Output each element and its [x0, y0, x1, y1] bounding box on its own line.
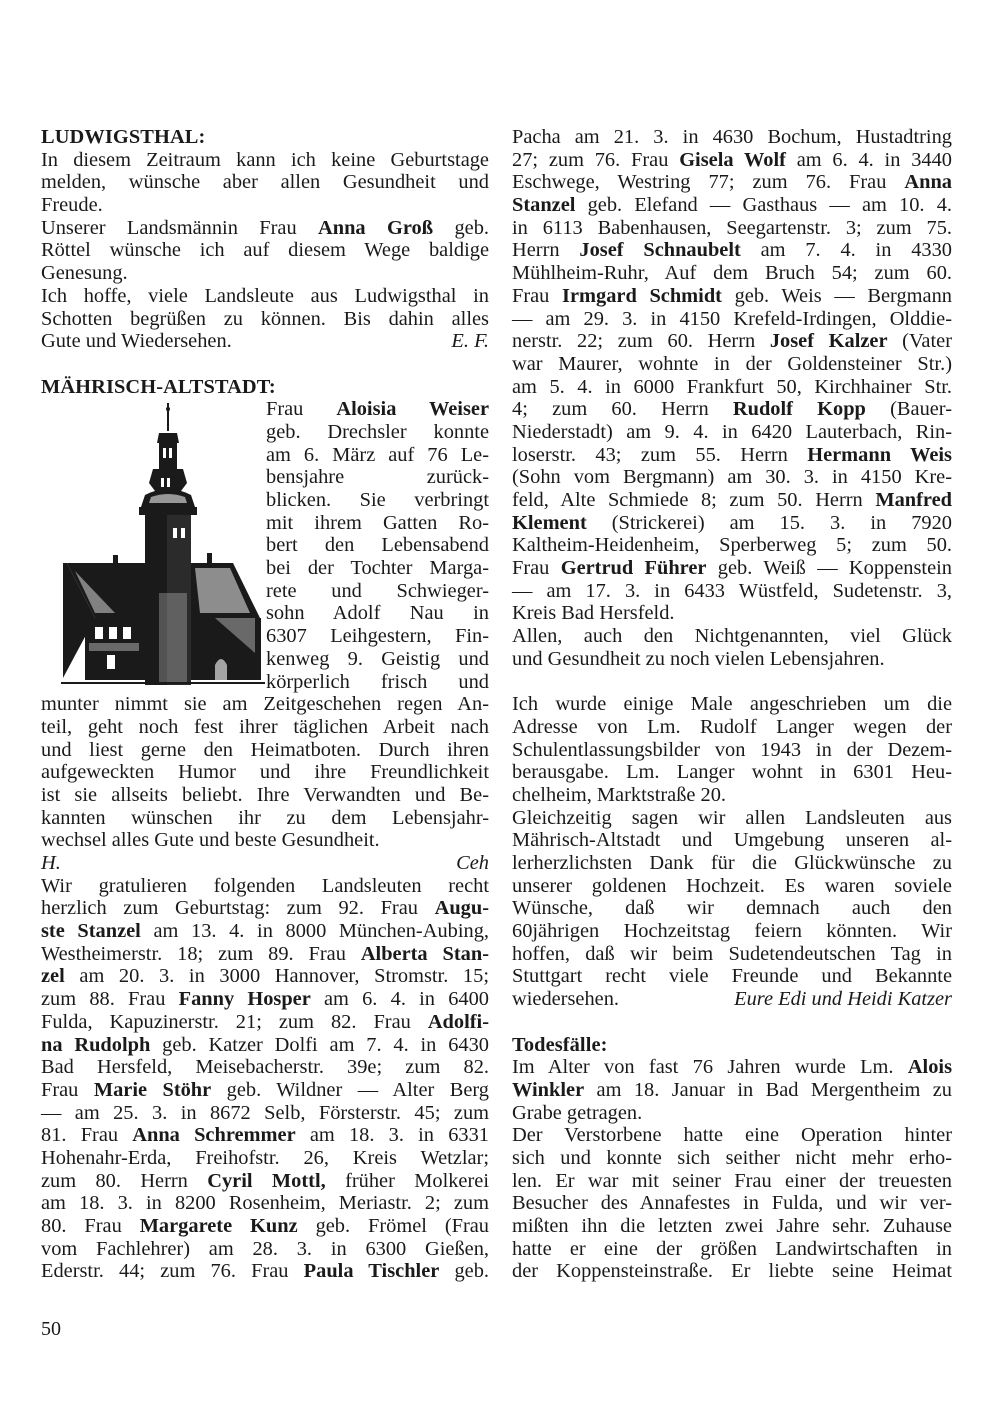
person-name: zel [41, 965, 65, 987]
text-line: Ederstr. 44; zum 76. Frau Paula Tischler… [41, 1260, 489, 1283]
text-line: ist sie allseits beliebt. Ihre Verwandte… [41, 784, 489, 807]
person-name: Margarete Kunz [140, 1215, 298, 1237]
text-line: Frau Aloisia Weiser [266, 398, 489, 421]
text-line: der Koppensteinstraße. Er liebte seine H… [512, 1260, 952, 1283]
text-line: Freude. [41, 194, 489, 217]
text-line: Wünsche, daß wir demnach auch den [512, 897, 952, 920]
text-line: munter nimmt sie am Zeitgeschehen regen … [41, 693, 489, 716]
text-line: Besucher des Annafestes in Fulda, und wi… [512, 1192, 952, 1215]
person-name: na Rudolph [41, 1034, 150, 1056]
text-line: unserer goldenen Hochzeit. Es waren sovi… [512, 875, 952, 898]
text-line: len. Er war mit seiner Frau einer der tr… [512, 1170, 952, 1193]
text-line: am 6. März auf 76 Le- [266, 444, 489, 467]
text-line: Ich hoffe, viele Landsleute aus Ludwigst… [41, 285, 489, 308]
text-line: Pacha am 21. 3. in 4630 Bochum, Hustadtr… [512, 126, 952, 149]
text-line: feld, Alte Schmiede 8; zum 50. Herrn Man… [512, 489, 952, 512]
text-line: kenweg 9. Geistig und [266, 648, 489, 671]
person-name: Gisela Wolf [679, 149, 786, 171]
person-name: Adolfi- [428, 1011, 489, 1033]
text-line: 81. Frau Anna Schremmer am 18. 3. in 633… [41, 1124, 489, 1147]
text-line: geb. Drechsler konnte [266, 421, 489, 444]
text-line: berausgabe. Lm. Langer wohnt in 6301 Heu… [512, 761, 952, 784]
section-heading: Todesfälle: [512, 1034, 952, 1057]
text-line: Mühlheim-Ruhr, Auf dem Bruch 54; zum 60. [512, 262, 952, 285]
person-name: Josef Schnaubelt [579, 239, 740, 261]
text-line: Herrn Josef Schnaubelt am 7. 4. in 4330 [512, 239, 952, 262]
text-line: ste Stanzel am 13. 4. in 8000 München-Au… [41, 920, 489, 943]
text-line: kannten wünschen ihr zu dem Lebensjahr- [41, 807, 489, 830]
text-line: (Sohn vom Bergmann) am 30. 3. in 4150 Kr… [512, 466, 952, 489]
letter-paragraph: Ich wurde einige Male angeschrieben um d… [512, 693, 952, 806]
text-line: — am 17. 3. in 6433 Wüstfeld, Sudetenstr… [512, 580, 952, 603]
person-name: Manfred [875, 489, 952, 511]
text-line: 27; zum 76. Frau Gisela Wolf am 6. 4. in… [512, 149, 952, 172]
text-line: bensjahre zurück- [266, 466, 489, 489]
signature: E. F. [451, 330, 489, 353]
text-line: Röttel wünsche ich auf diesem Wege baldi… [41, 239, 489, 262]
signature: Eure Edi und Heidi Katzer [734, 988, 952, 1011]
text-line: hatte er eine der größen Landwirtschafte… [512, 1238, 952, 1261]
text-line: in 6113 Babenhausen, Seegartenstr. 3; zu… [512, 217, 952, 240]
text-line: war Maurer, wohnte in der Goldensteiner … [512, 353, 952, 376]
text-line: bert den Lebensabend [266, 534, 489, 557]
birthday-list-continued: Pacha am 21. 3. in 4630 Bochum, Hustadtr… [512, 126, 952, 625]
person-name: Alois [908, 1056, 952, 1078]
text-line: Stanzel geb. Elefand — Gasthaus — am 10.… [512, 194, 952, 217]
text-line: zum 80. Herrn Cyril Mottl, früher Molker… [41, 1170, 489, 1193]
text-line: Schotten begrüßen zu können. Bis dahin a… [41, 308, 489, 331]
right-column: Pacha am 21. 3. in 4630 Bochum, Hustadtr… [512, 126, 952, 1283]
person-name: Klement [512, 512, 587, 534]
text-line: Der Verstorbene hatte eine Operation hin… [512, 1124, 952, 1147]
text-line: Bad Hersfeld, Meisebacherstr. 39e; zum 8… [41, 1056, 489, 1079]
text-line: Frau Irmgard Schmidt geb. Weis — Bergman… [512, 285, 952, 308]
text-line: Adresse von Lm. Rudolf Langer wegen der [512, 716, 952, 739]
text-line: sohn Adolf Nau in [266, 602, 489, 625]
person-name: Marie Stöhr [94, 1079, 211, 1101]
section-heading: LUDWIGSTHAL: [41, 126, 489, 149]
text-line: Frau Marie Stöhr geb. Wildner — Alter Be… [41, 1079, 489, 1102]
text-line: In diesem Zeitraum kann ich keine Geburt… [41, 149, 489, 172]
obituary-lines: Im Alter von fast 76 Jahren wurde Lm. Al… [512, 1056, 952, 1124]
text-line: Gleichzeitig sagen wir allen Landsleuten… [512, 807, 952, 830]
text-line: zum 88. Frau Fanny Hosper am 6. 4. in 64… [41, 988, 489, 1011]
text-line: blicken. Sie verbringt [266, 489, 489, 512]
text-line: 6307 Leihgestern, Fin- [266, 625, 489, 648]
person-name: ste Stanzel [41, 920, 141, 942]
text-line: nerstr. 22; zum 60. Herrn Josef Kalzer (… [512, 330, 952, 353]
text-line: zel am 20. 3. in 3000 Hannover, Stromstr… [41, 965, 489, 988]
section-heading: MÄHRISCH-ALTSTADT: [41, 376, 489, 399]
text-line: Niederstadt) am 9. 4. in 6420 Lauterbach… [512, 421, 952, 444]
person-name: Rudolf Kopp [733, 398, 866, 420]
signature-line: H. Ceh [41, 852, 489, 875]
text-line: Schulentlassungsbilder von 1943 in der D… [512, 739, 952, 762]
text-line: Allen, auch den Nichtgenannten, viel Glü… [512, 625, 952, 648]
text-line: und liest gerne den Heimatboten. Durch i… [41, 739, 489, 762]
text-line: und Gesundheit zu noch vielen Lebensjahr… [512, 648, 952, 671]
text-line: Frau Gertrud Führer geb. Weiß — Koppenst… [512, 557, 952, 580]
text-line: am 18. 3. in 8200 Rosenheim, Meriastr. 2… [41, 1192, 489, 1215]
person-name: Aloisia Weiser [336, 398, 489, 420]
text-line: herzlich zum Geburtstag: zum 92. Frau Au… [41, 897, 489, 920]
text-line: bei der Tochter Marga- [266, 557, 489, 580]
text-line: mißten ihn die letzten zwei Jahre sehr. … [512, 1215, 952, 1238]
person-name: Gertrud Führer [561, 557, 707, 579]
text-line: Grabe getragen. [512, 1102, 952, 1125]
text-line: Stuttgart recht viele Freunde und Bekann… [512, 965, 952, 988]
text-line: Ich wurde einige Male angeschrieben um d… [512, 693, 952, 716]
text-line: aufgeweckten Humor und ihre Freundlichke… [41, 761, 489, 784]
text-line: Kaltheim-Heidenheim, Sperberweg 5; zum 5… [512, 534, 952, 557]
person-name: Augu- [435, 897, 489, 919]
person-name: Paula Tischler [304, 1260, 440, 1282]
text-line: Unserer Landsmännin Frau Anna Groß geb. [41, 217, 489, 240]
person-name: Anna Groß [318, 217, 433, 239]
text-line: wechsel alles Gute und beste Gesundheit. [41, 829, 489, 852]
text-line: vom Fachlehrer) am 28. 3. in 6300 Gießen… [41, 1238, 489, 1261]
text-line: mit ihrem Gatten Ro- [266, 512, 489, 535]
text-line: Hohenahr-Erda, Freihofstr. 26, Kreis Wet… [41, 1147, 489, 1170]
text-line: hoffen, daß wir beim Sudetendeutschen Ta… [512, 943, 952, 966]
person-name: Anna Schremmer [132, 1124, 295, 1146]
text-line: 80. Frau Margarete Kunz geb. Frömel (Fra… [41, 1215, 489, 1238]
text-line: chelheim, Marktstraße 20. [512, 784, 952, 807]
thanks-paragraph: Gleichzeitig sagen wir allen Landsleuten… [512, 807, 952, 1011]
text-line: Mährisch-Altstadt und Umgebung unseren a… [512, 829, 952, 852]
person-name: Alberta Stan- [361, 943, 489, 965]
text-line: wiedersehen.Eure Edi und Heidi Katzer [512, 988, 952, 1011]
text-line: Eschwege, Westring 77; zum 76. Frau Anna [512, 171, 952, 194]
left-column: LUDWIGSTHAL: In diesem Zeitraum kann ich… [41, 126, 489, 1283]
text-line: na Rudolph geb. Katzer Dolfi am 7. 4. in… [41, 1034, 489, 1057]
text-line: Kreis Bad Hersfeld. [512, 602, 952, 625]
person-name: Josef Kalzer [770, 330, 888, 352]
person-name: Cyril Mottl, [207, 1170, 325, 1192]
text-line: — am 25. 3. in 8672 Selb, Försterstr. 45… [41, 1102, 489, 1125]
text-line: Wir gratulieren folgenden Landsleuten re… [41, 875, 489, 898]
text-line: Gute und Wiedersehen.E. F. [41, 330, 489, 353]
text-line: Fulda, Kapuzinerstr. 21; zum 82. Frau Ad… [41, 1011, 489, 1034]
person-name: Fanny Hosper [179, 988, 311, 1010]
person-name: Winkler [512, 1079, 584, 1101]
section-ludwigsthal: LUDWIGSTHAL: In diesem Zeitraum kann ich… [41, 126, 489, 353]
section-todesfaelle: Todesfälle: Im Alter von fast 76 Jahren … [512, 1034, 952, 1284]
text-line: teil, geht noch fest ihrer täglichen Arb… [41, 716, 489, 739]
text-line: 60jährigen Hochzeitstag feiern könnten. … [512, 920, 952, 943]
text-line: Klement (Strickerei) am 15. 3. in 7920 [512, 512, 952, 535]
page-number: 50 [41, 1318, 61, 1341]
text-line: Westheimerstr. 18; zum 89. Frau Alberta … [41, 943, 489, 966]
text-line: melden, wünsche aber allen Gesundheit un… [41, 171, 489, 194]
birthday-list: Wir gratulieren folgenden Landsleuten re… [41, 875, 489, 1283]
text-line: rete und Schwieger- [266, 580, 489, 603]
text-line: lerherzlichsten Dank für die Glückwünsch… [512, 852, 952, 875]
signature: H. Ceh [41, 852, 489, 874]
text-line: körperlich frisch und [266, 671, 489, 694]
text-line: Genesung. [41, 262, 489, 285]
text-line: sich und konnte sich seither nicht mehr … [512, 1147, 952, 1170]
text-line: loserstr. 43; zum 55. Herrn Hermann Weis [512, 444, 952, 467]
person-name: Anna [904, 171, 952, 193]
person-name: Irmgard Schmidt [562, 285, 722, 307]
text-line: — am 29. 3. in 4150 Krefeld-Irdingen, Ol… [512, 308, 952, 331]
text-line: 4; zum 60. Herrn Rudolf Kopp (Bauer- [512, 398, 952, 421]
text-line: Im Alter von fast 76 Jahren wurde Lm. Al… [512, 1056, 952, 1079]
person-name: Hermann Weis [807, 444, 952, 466]
person-name: Stanzel [512, 194, 575, 216]
text-line: Winkler am 18. Januar in Bad Mergentheim… [512, 1079, 952, 1102]
text-line: am 5. 4. in 6000 Frankfurt 50, Kirchhain… [512, 376, 952, 399]
church-illustration [55, 403, 270, 693]
